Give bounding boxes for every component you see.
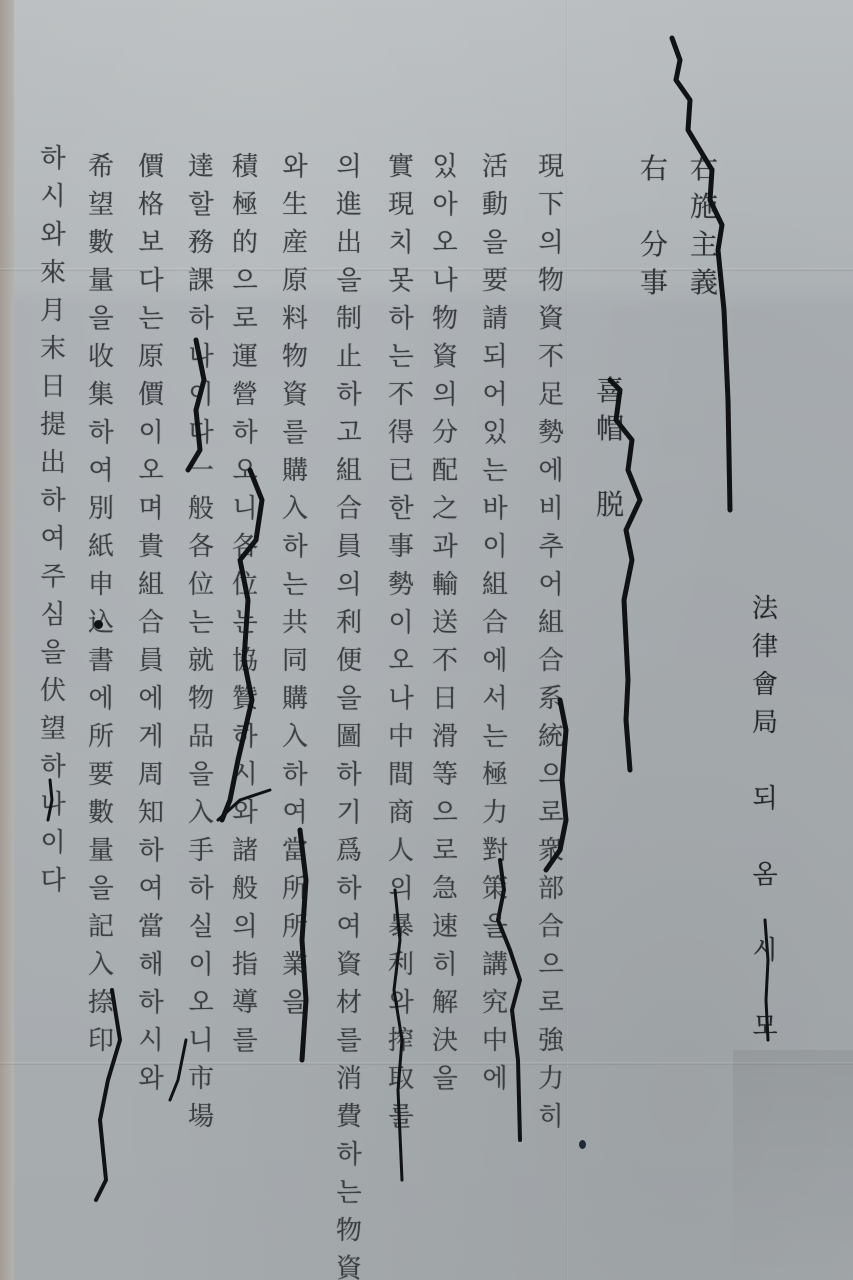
ink-blot — [94, 620, 103, 629]
ink-crack-overlay — [0, 0, 853, 1280]
ink-blot — [579, 1140, 586, 1149]
